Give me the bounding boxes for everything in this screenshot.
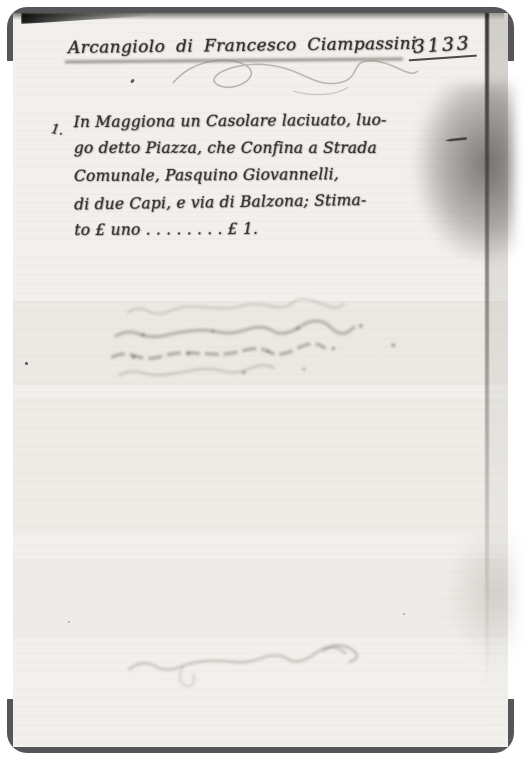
page-number: 3133 (407, 32, 477, 62)
bleed-through-bottom-line (112, 626, 414, 696)
header-title: Arcangiolo di Francesco Ciampassini (68, 34, 417, 58)
ink-speck (25, 362, 28, 365)
entry-line: go detto Piazza, che Confina a Strada (74, 139, 410, 166)
entry-line: di due Capi, e via di Balzona; Stima- (74, 190, 410, 222)
entry-line: In Maggiona un Casolare laciuato, luo- (74, 111, 410, 140)
entry-line: Comunale, Pasquino Giovannelli, (74, 165, 410, 194)
ink-speck (130, 79, 135, 84)
entry-item-number: 1. (50, 122, 65, 139)
scanned-page: Arcangiolo di Francesco Ciampassini 3133… (13, 13, 508, 747)
bleed-through-text-block (92, 284, 444, 387)
entry-paragraph: In Maggiona un Casolare laciuato, luo- g… (74, 111, 411, 248)
entry-line: to £ uno . . . . . . . . £ 1. (74, 219, 410, 248)
scanned-document: Arcangiolo di Francesco Ciampassini 3133… (0, 0, 525, 760)
ink-smudge-faint (446, 523, 516, 663)
ink-smudge-blob (414, 83, 514, 263)
ink-speck (403, 613, 405, 615)
header-underline (65, 58, 403, 64)
ink-speck (68, 621, 70, 623)
